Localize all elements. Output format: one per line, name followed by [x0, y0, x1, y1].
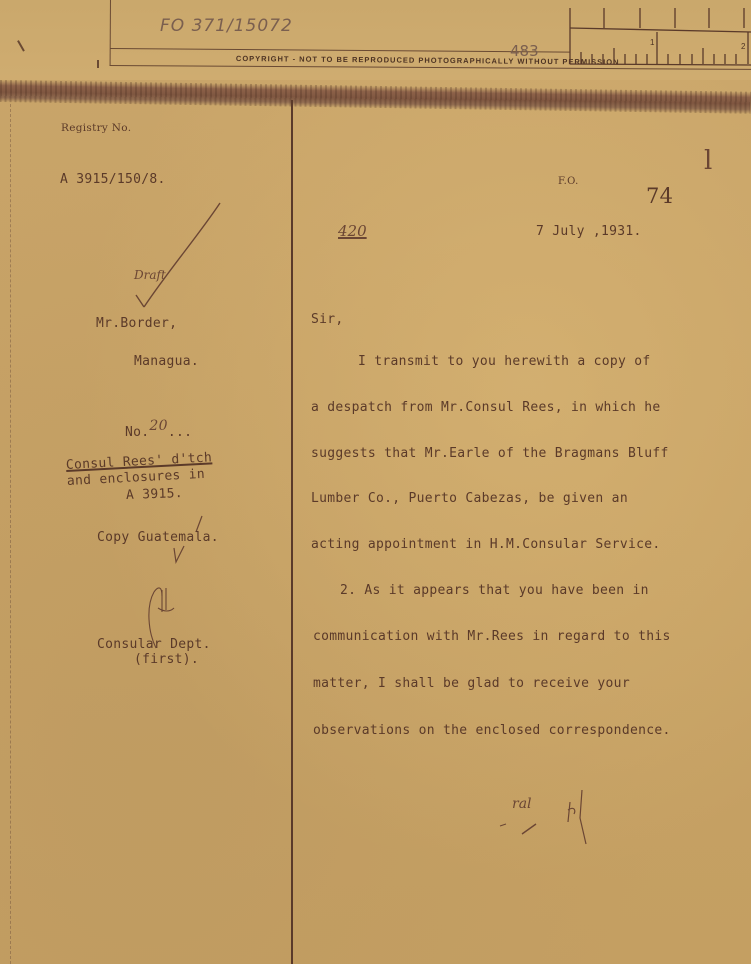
despatch-date: 7 July ,1931. — [536, 224, 642, 239]
piece-reference: FO 371/15072 — [160, 16, 293, 36]
folio-number: 74 — [646, 184, 673, 208]
draft-despatch-page: Registry No. A 3915/150/8. Draft Mr.Bord… — [0, 96, 751, 964]
registry-number: A 3915/150/8. — [60, 172, 166, 187]
draft-check-mark-icon — [128, 201, 228, 311]
body-line: matter, I shall be glad to receive your — [313, 676, 630, 691]
handwritten-reference: 420 — [338, 222, 367, 240]
salutation: Sir, — [311, 312, 344, 327]
ruler-icon — [568, 8, 751, 66]
scale-ruler: 1 2 — [568, 8, 751, 66]
ruler-label-1: 1 — [650, 38, 654, 47]
addressee-place: Managua. — [134, 354, 199, 369]
body-line: 2. As it appears that you have been in — [340, 583, 649, 598]
stray-tick — [97, 60, 99, 68]
body-line: a despatch from Mr.Consul Rees, in which… — [311, 400, 660, 415]
handwritten-signature-marks-icon — [496, 786, 616, 856]
column-divider — [291, 100, 293, 964]
draft-annotation: Draft — [134, 268, 166, 282]
department-line-2: (first). — [134, 652, 199, 667]
department-line-1: Consular Dept. — [97, 637, 211, 652]
despatch-number-dots: ... — [168, 425, 192, 440]
despatch-number-value: 20 — [149, 418, 167, 434]
office-label: F.O. — [558, 176, 579, 187]
body-line: suggests that Mr.Earle of the Bragmans B… — [311, 446, 669, 461]
despatch-number: No.20... — [125, 424, 192, 440]
body-line: communication with Mr.Rees in regard to … — [313, 629, 671, 644]
corner-annotation: l — [704, 146, 712, 176]
despatch-number-label: No. — [125, 425, 149, 440]
stray-mark — [17, 40, 24, 51]
body-line: I transmit to you herewith a copy of — [358, 354, 651, 369]
ruler-label-2: 2 — [741, 42, 745, 51]
body-line: Lumber Co., Puerto Cabezas, be given an — [311, 491, 628, 506]
body-line: observations on the enclosed corresponde… — [313, 723, 671, 738]
enclosure-line-3: A 3915. — [126, 486, 183, 503]
registry-label: Registry No. — [61, 122, 131, 134]
addressee-name: Mr.Border, — [96, 316, 177, 331]
body-line: acting appointment in H.M.Consular Servi… — [311, 537, 660, 552]
archive-header-strip: FO 371/15072 483 COPYRIGHT - NOT TO BE R… — [0, 0, 751, 80]
left-margin-rule — [10, 104, 11, 964]
copy-to: Copy Guatemala. — [97, 530, 219, 545]
